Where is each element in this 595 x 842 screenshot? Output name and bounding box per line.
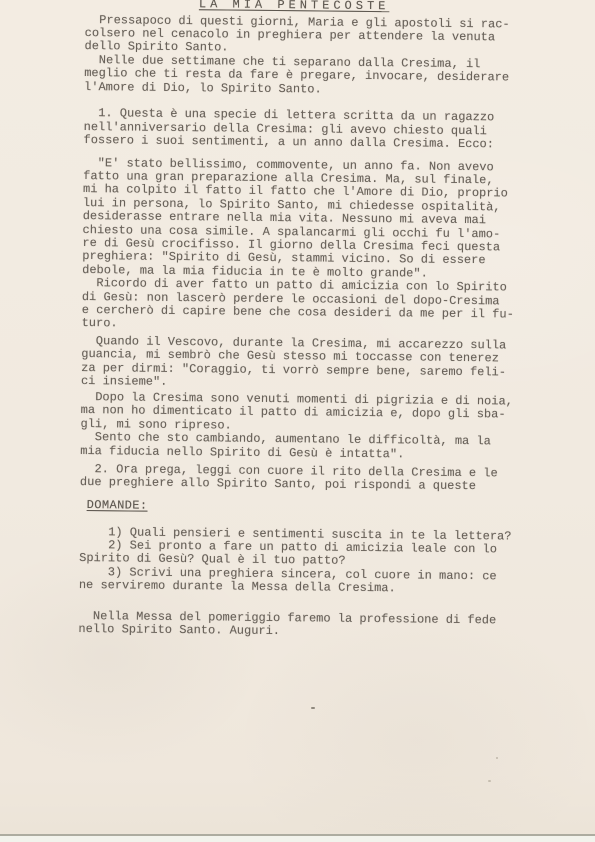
document-title: LA MIA PENTECOSTE [199,0,390,14]
paragraph-point-1: 1. Questa è una specie di lettera scritt… [83,107,535,152]
paragraph-point-2: 2. Ora prega, leggi con cuore il rito de… [80,463,532,495]
paper-speck [496,757,498,759]
typewritten-sheet: LA MIA PENTECOSTE Pressapoco di questi g… [78,0,537,641]
paragraph-intro: Pressapoco di questi giorni, Maria e gli… [84,13,536,58]
paper-speck [311,707,315,709]
paragraph-patto: Ricordo di aver fatto un patto di amiciz… [82,277,535,335]
scanned-document-page: LA MIA PENTECOSTE Pressapoco di questi g… [0,0,595,842]
paragraph-letter: "E' stato bellissimo, commovente, un ann… [82,157,535,282]
document-body: Pressapoco di questi giorni, Maria e gli… [78,0,537,641]
questions-list: 1) Quali pensieri e sentimenti suscita i… [79,526,532,598]
paragraph-sento: Sento che sto cambiando, aumentano le di… [80,431,532,463]
paragraph-vescovo: Quando il Vescovo, durante la Cresima, m… [81,335,534,393]
questions-heading: DOMANDE: [87,499,532,517]
paragraph-dopo-cresima: Dopo la Cresima sono venuti momenti di p… [80,391,532,436]
scan-bottom-margin [0,836,595,842]
paper-speck [488,780,491,782]
paragraph-two-weeks: Nelle due settimane che ti separano dall… [84,54,536,99]
paragraph-closing: Nella Messa del pomeriggio faremo la pro… [78,610,530,642]
